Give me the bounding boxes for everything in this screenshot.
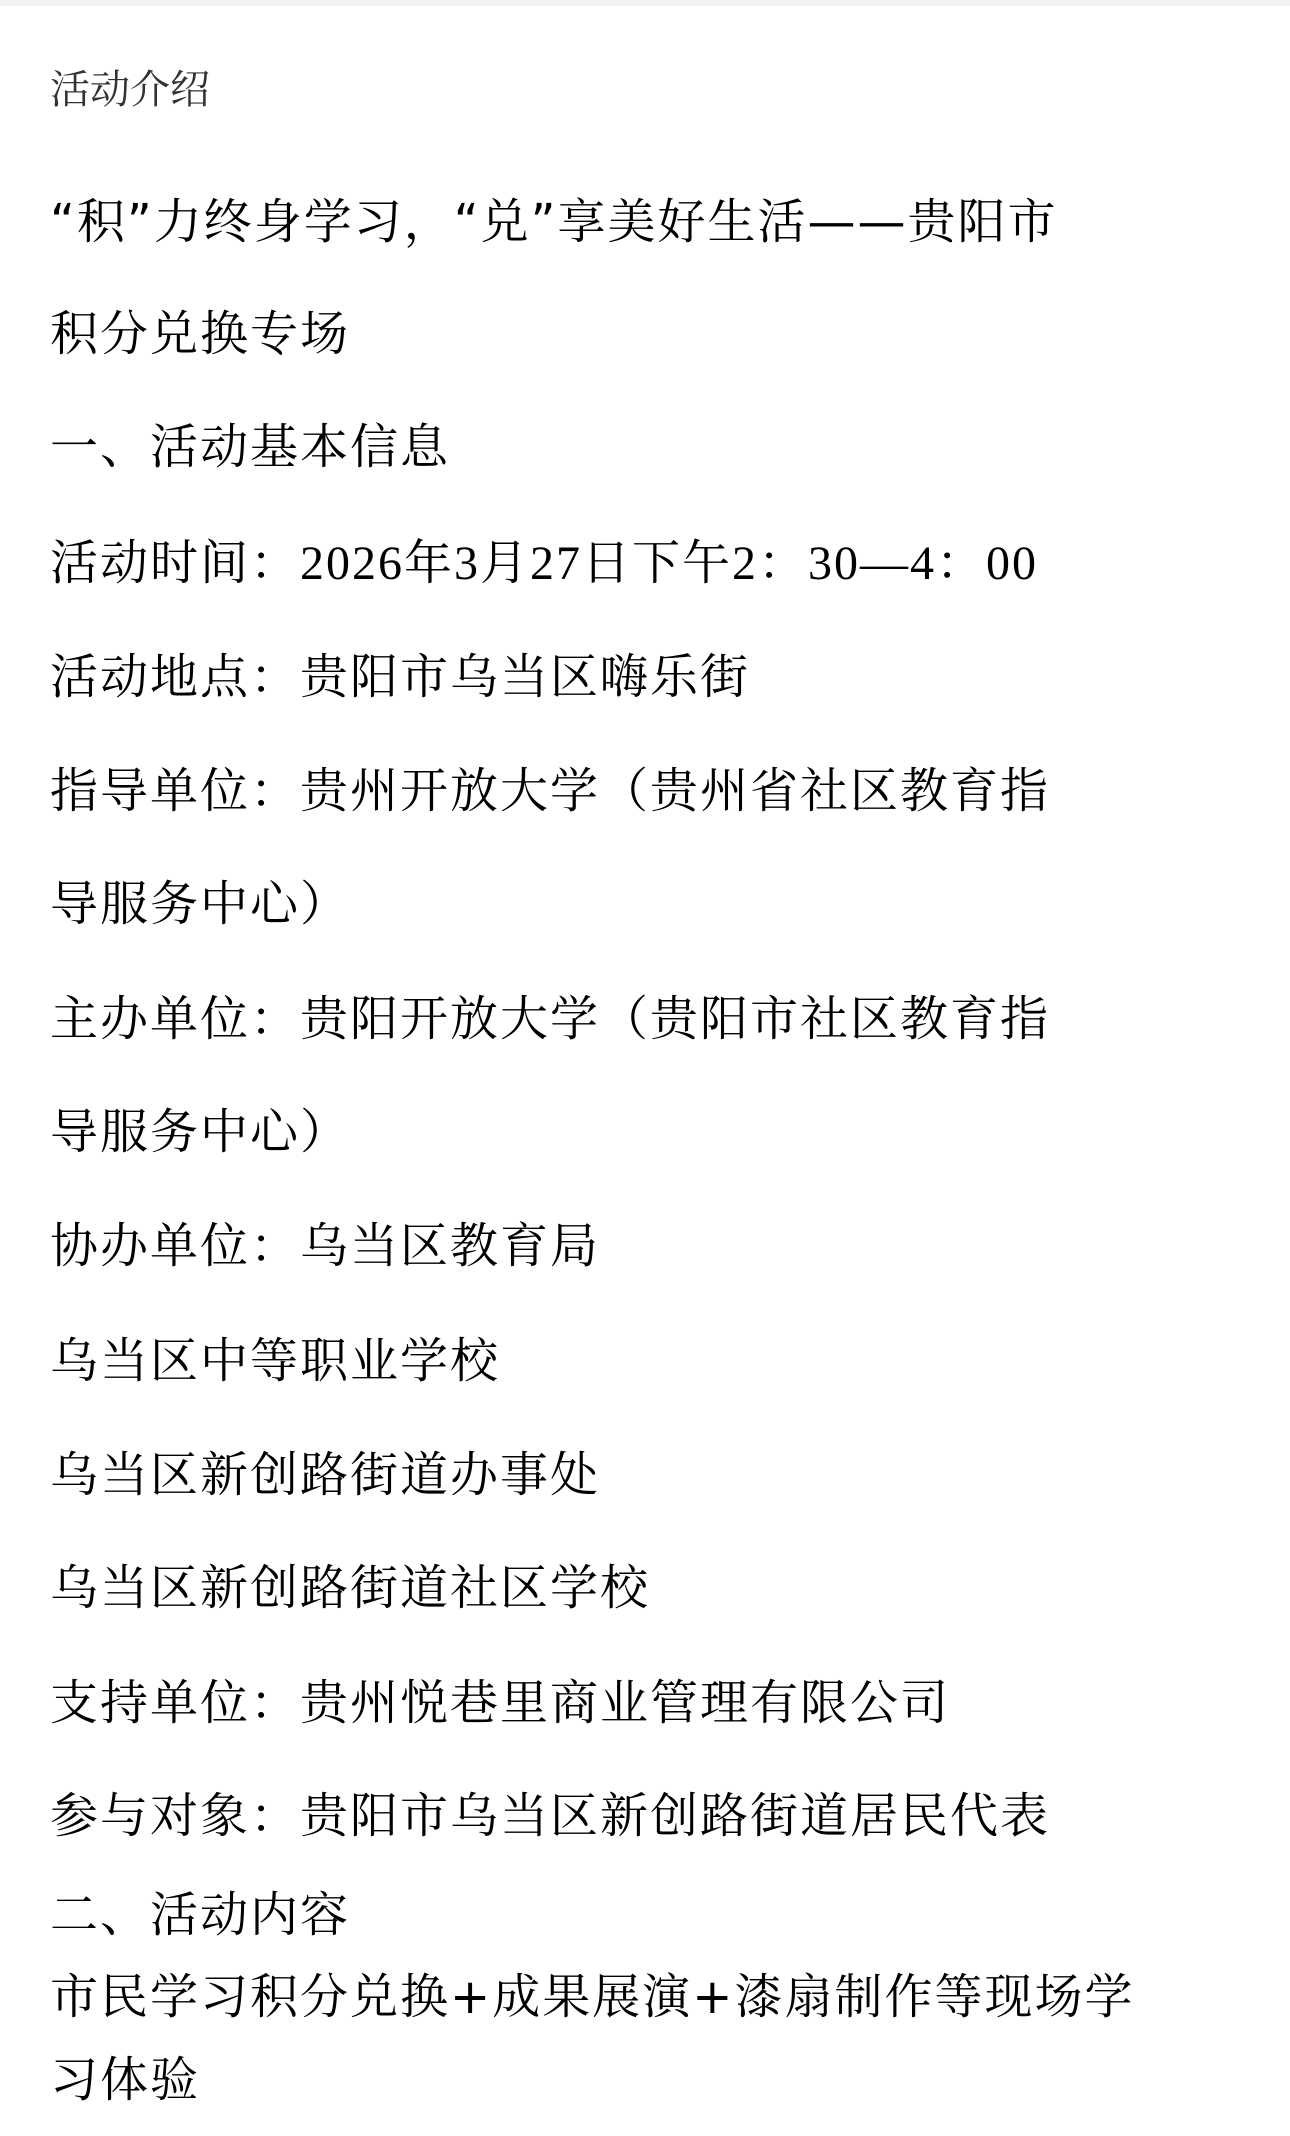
participants: 参与对象：贵阳市乌当区新创路街道居民代表 [50,1786,1050,1846]
part1-heading: 一、活动基本信息 [50,417,450,477]
event-place: 活动地点：贵阳市乌当区嗨乐街 [50,647,750,707]
top-bar [0,0,1290,6]
event-time-value: 2026年3月27日下午2：30—4：00 [300,537,1038,590]
part2-heading: 二、活动内容 [50,1885,350,1945]
support-unit: 支持单位：贵州悦巷里商业管理有限公司 [50,1673,950,1733]
event-time-label: 活动时间： [50,535,300,591]
guide-unit-line-1: 指导单位：贵州开放大学（贵州省社区教育指 [50,761,1050,821]
co-organizer-1: 协办单位：乌当区教育局 [50,1216,600,1276]
event-time: 活动时间：2026年3月27日下午2：30—4：00 [50,533,1038,594]
co-organizer-4: 乌当区新创路街道社区学校 [50,1558,650,1618]
headline-line-2: 积分兑换专场 [50,304,350,364]
content-line-2: 习体验 [50,2050,200,2110]
section-title: 活动介绍 [50,64,210,116]
content-line-1: 市民学习积分兑换+成果展演+漆扇制作等现场学 [50,1967,1134,2027]
guide-unit-line-2: 导服务中心） [50,874,350,934]
co-organizer-3: 乌当区新创路街道办事处 [50,1445,600,1505]
co-organizer-2: 乌当区中等职业学校 [50,1331,500,1391]
host-unit-line-1: 主办单位：贵阳开放大学（贵阳市社区教育指 [50,989,1050,1049]
headline-line-1: “积”力终身学习，“兑”享美好生活——贵阳市 [50,192,1057,252]
host-unit-line-2: 导服务中心） [50,1102,350,1162]
